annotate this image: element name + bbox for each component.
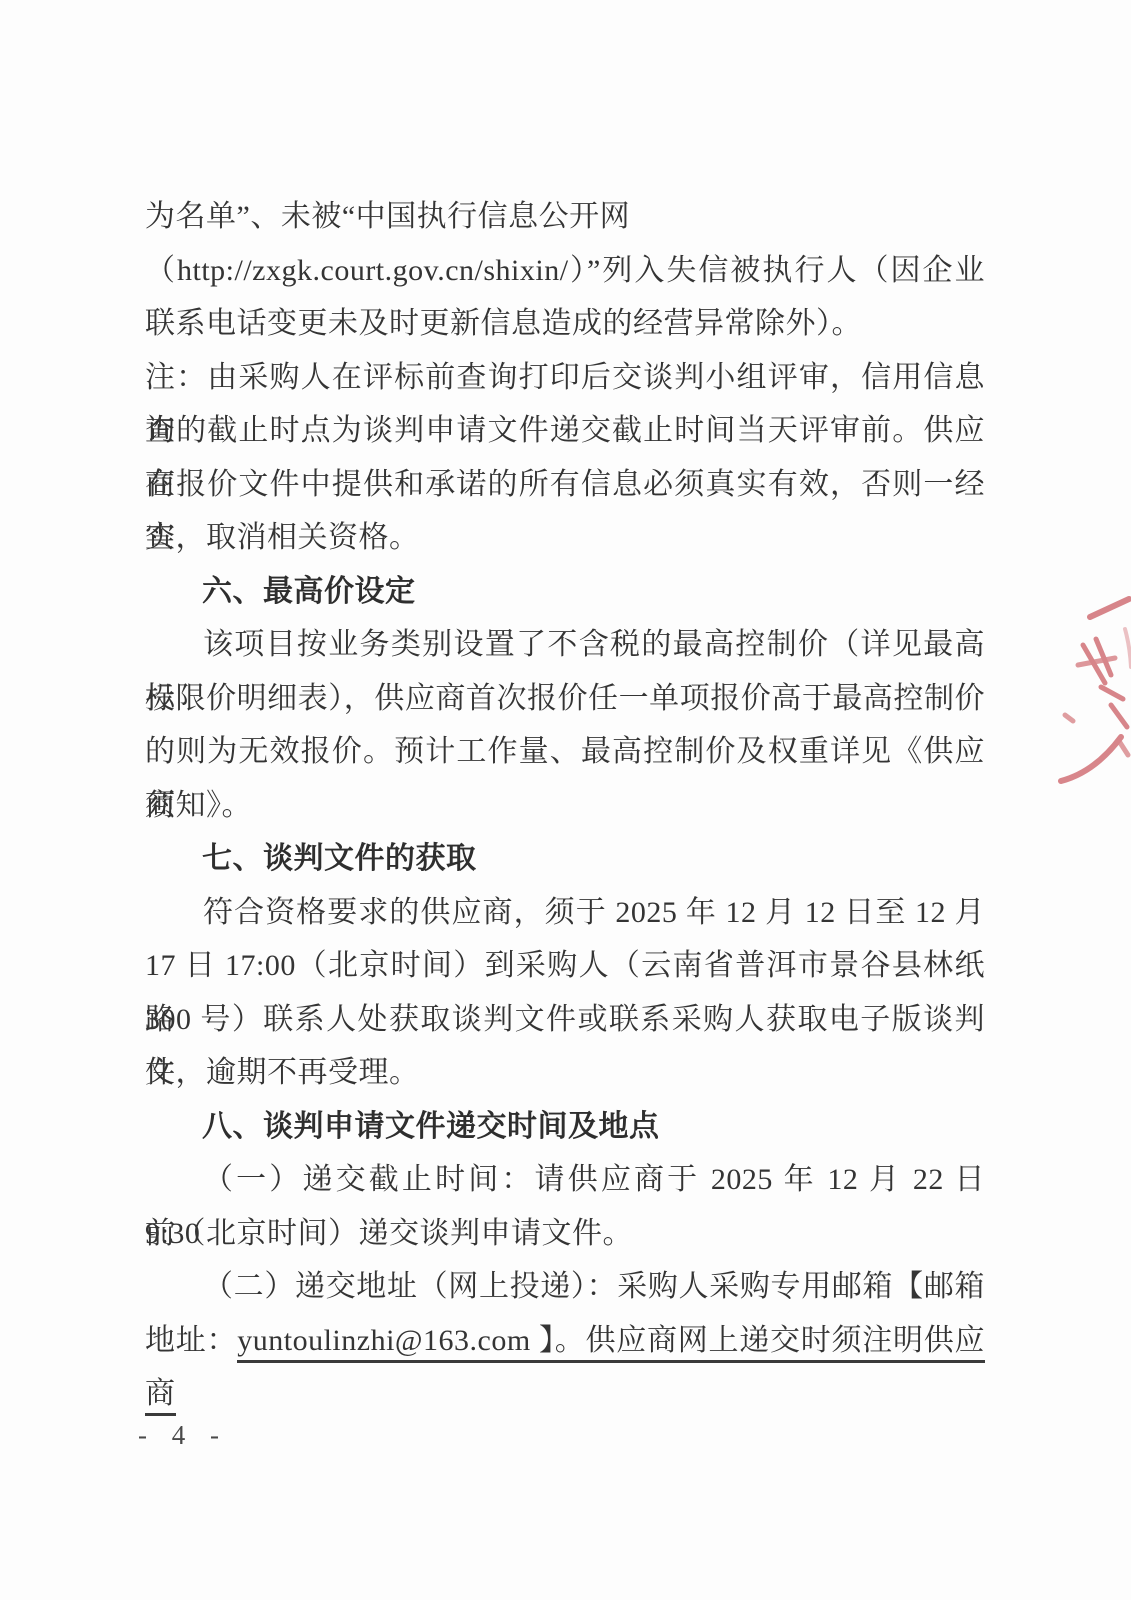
document-page: 为名单”、未被“中国执行信息公开网 （http://zxgk.court.gov… xyxy=(0,0,1131,1600)
text-line: 的则为无效报价。预计工作量、最高控制价及权重详见《供应商 xyxy=(145,725,985,779)
text-line: 为名单”、未被“中国执行信息公开网 xyxy=(145,190,985,244)
document-body: 为名单”、未被“中国执行信息公开网 （http://zxgk.court.gov… xyxy=(145,190,985,1367)
text-line: 注：由采购人在评标前查询打印后交谈判小组评审，信用信息查 xyxy=(145,351,985,405)
text-line-email: 地址：yuntoulinzhi@163.com 】。供应商网上递交时须注明供应商 xyxy=(145,1314,985,1368)
text-line: 联系电话变更未及时更新信息造成的经营异常除外）。 xyxy=(145,297,985,351)
text-line: （一）递交截止时间：请供应商于 2025 年 12 月 22 日 9:30 xyxy=(145,1153,985,1207)
email-address: yuntoulinzhi@163.com 】。供应商网上递交时须注明供应商 xyxy=(145,1324,985,1417)
text-line: 标限价明细表），供应商首次报价任一单项报价高于最高控制价 xyxy=(145,672,985,726)
text-line: 符合资格要求的供应商，须于 2025 年 12 月 12 日至 12 月 xyxy=(145,886,985,940)
text-line: 该项目按业务类别设置了不含税的最高控制价（详见最高投 xyxy=(145,618,985,672)
page-number: - 4 - xyxy=(138,1420,228,1451)
label-address-prefix: 地址： xyxy=(145,1324,237,1357)
text-line: 前（北京时间）递交谈判申请文件。 xyxy=(145,1207,985,1261)
text-line: 实，取消相关资格。 xyxy=(145,511,985,565)
text-line: 在报价文件中提供和承诺的所有信息必须真实有效，否则一经查 xyxy=(145,458,985,512)
section-heading-document-acquisition: 七、谈判文件的获取 xyxy=(145,832,1042,886)
red-seal-stamp xyxy=(1053,585,1131,790)
text-line: （二）递交地址（网上投递）：采购人采购专用邮箱【邮箱 xyxy=(145,1260,985,1314)
text-line: 件，逾期不再受理。 xyxy=(145,1046,985,1100)
text-line: 300 号）联系人处获取谈判文件或联系采购人获取电子版谈判文 xyxy=(145,993,985,1047)
text-line-url: （http://zxgk.court.gov.cn/shixin/）”列入失信被… xyxy=(145,244,985,298)
section-heading-price-cap: 六、最高价设定 xyxy=(145,565,1042,619)
section-heading-submission-time-place: 八、谈判申请文件递交时间及地点 xyxy=(145,1100,1042,1154)
text-line: 询的截止时点为谈判申请文件递交截止时间当天评审前。供应商 xyxy=(145,404,985,458)
text-line: 17 日 17:00（北京时间）到采购人（云南省普洱市景谷县林纸路 xyxy=(145,939,985,993)
text-line: 须知》。 xyxy=(145,779,985,833)
